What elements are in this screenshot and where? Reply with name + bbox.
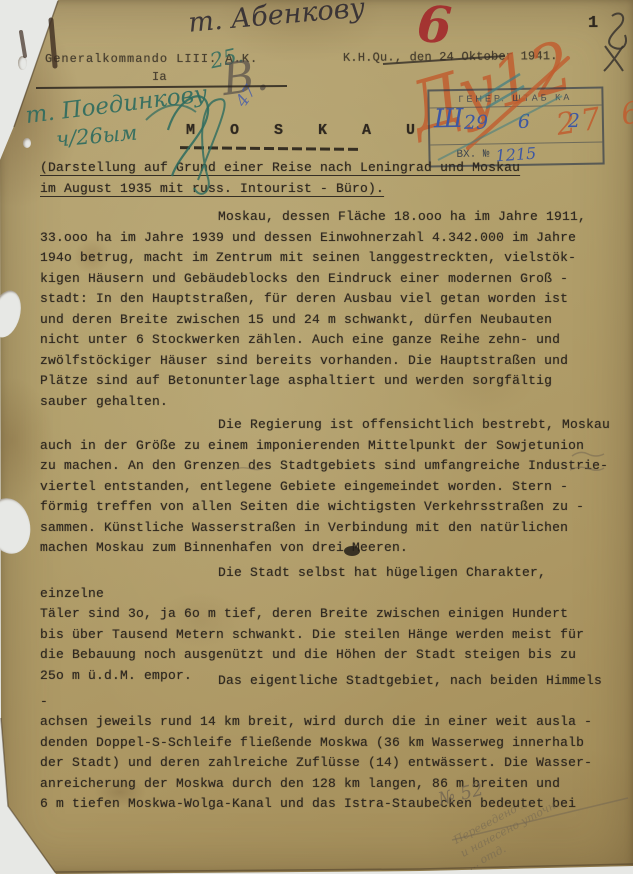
ink-stroke-mark bbox=[21, 32, 25, 56]
stamp-hand-letter: Ш bbox=[434, 104, 464, 135]
page-number: 1 bbox=[588, 14, 598, 33]
paragraph-3: Die Stadt selbst hat hügeligen Charakter… bbox=[40, 563, 618, 686]
stamp-month: 6 bbox=[518, 111, 530, 133]
stamp-day: 29 bbox=[464, 111, 489, 133]
paper-hole bbox=[18, 56, 27, 70]
ia-label: Ia bbox=[152, 70, 167, 84]
stamp-year: 2 bbox=[568, 110, 580, 132]
stamp-date-row: Ш 29 6 2 bbox=[430, 106, 603, 146]
red-number-annotation: 6 bbox=[416, 0, 453, 51]
scanned-document-page: Generalkommando LIII. A.K. Ia K.H.Qu., d… bbox=[0, 0, 633, 874]
paragraph-2: Die Regierung ist offensichtlich bestreb… bbox=[40, 415, 618, 559]
document-title: M O S K A U bbox=[186, 122, 428, 139]
incoming-stamp: ГЕНЕР. ШТАБ КА Ш 29 6 2 ВХ. № 1215 bbox=[427, 86, 604, 167]
paper-hole bbox=[23, 138, 31, 148]
paragraph-1: Moskau, dessen Fläche 18.ooo ha im Jahre… bbox=[40, 207, 618, 412]
document-subtitle: (Darstellung auf Grund einer Reise nach … bbox=[40, 157, 520, 199]
